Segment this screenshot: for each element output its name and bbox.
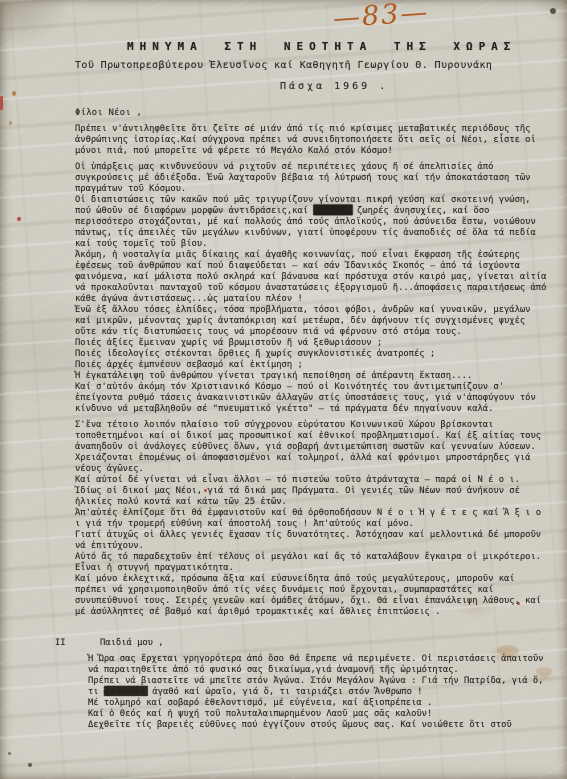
text-segment: Αὐτό ἄς τό παραδεχτοῦν ἐπί τέλους οἱ μεγ… bbox=[75, 552, 541, 573]
text-segment: Καί μόνο ἐκλεχτικά, πρόσωπα ἄξια καί εὐσ… bbox=[75, 574, 541, 617]
text-segment: Γιατί ἀτυχῶς οἱ ἄλλες γενιές ἔχασαν τίς … bbox=[75, 530, 541, 551]
text-segment: Καί σ'αὐτόν ἀκόμη τόν Χριστιανικό Κόσμο … bbox=[75, 382, 536, 414]
red-dot bbox=[17, 217, 21, 221]
ink-speck bbox=[550, 8, 556, 14]
paragraph: Ποιές ἀξίες ἔμειναν χωρίς νά βρωμιστοῦν … bbox=[75, 338, 551, 349]
paragraph: Οἱ διαπιστώσεις τῶν κακῶν πού μᾶς τριγυρ… bbox=[75, 195, 551, 250]
paragraph: Καί ὁ Θεός καί ἡ ψυχή τοῦ πολυταλαιπωρημ… bbox=[88, 709, 551, 720]
ink-speck bbox=[8, 752, 11, 755]
text-segment: Ποιές ἀξίες ἔμειναν χωρίς νά βρωμιστοῦν … bbox=[75, 338, 382, 348]
paragraph: Δεχθεῖτε τίς βαρειές εὐθῦνες πού ἐγγίζου… bbox=[88, 720, 551, 731]
paragraph: Ἡ ἐγκατάλειψη τοῦ ἀνθρώπου γίνεται τραγι… bbox=[75, 371, 551, 382]
text-segment: Χρειάζονται ἑπομένως οἱ ἀποφασισμένοι κα… bbox=[75, 453, 530, 474]
paragraph: Ποιές ἀρχές ἐμπνέουν σεβασμό καί ἐκτίμησ… bbox=[75, 360, 551, 371]
paragraph: Ἰδίως οἱ δικοί μας Νέοι, γιά τά δικά μας… bbox=[75, 486, 551, 508]
section-numeral: II bbox=[55, 638, 66, 649]
handwritten-page-number: —83— bbox=[332, 0, 430, 34]
paragraph: Οἱ ὑπάρξεις μας κινδυνεύουν νά ριχτοῦν σ… bbox=[75, 162, 551, 195]
date-line: Πάσχα 1969 . bbox=[280, 81, 551, 92]
text-segment: Ἀπ'αὐτές ἐλπίζομε ὅτι θά ἐμφανιστοῦν καί… bbox=[75, 508, 541, 529]
text-segment: Ποιές ἀρχές ἐμπνέουν σεβασμό καί ἐκτίμησ… bbox=[75, 360, 303, 370]
text-segment: Σ'ἕνα τέτοιο λοιπόν πλαίσιο τοῦ σύγχρονο… bbox=[75, 420, 541, 452]
text-segment: ἀγαθό καί ὡραῖο, γιά ὅ, τι ταιριάζει στό… bbox=[147, 687, 422, 697]
document-body: Φίλοι Νέοι ,Πρέπει ν'ἀντιληφθεῖτε ὅτι ζε… bbox=[75, 108, 551, 731]
red-edge-mark bbox=[0, 96, 3, 110]
paragraph: Πρέπει ν'ἀντιληφθεῖτε ὅτι ζεῖτε σέ μιάν … bbox=[75, 124, 551, 157]
paragraph: Αὐτό ἄς τό παραδεχτοῦν ἐπί τέλους οἱ μεγ… bbox=[75, 552, 551, 574]
text-segment: Ἡ Ὥρα σας ἔρχεται γρηγορότερα ἀπό ὅσο θά… bbox=[88, 654, 543, 675]
text-segment: Μέ τολμηρό καί σοβαρό ἐθελοντισμό, μέ εὐ… bbox=[88, 698, 432, 708]
text-segment: Δεχθεῖτε τίς βαρειές εὐθῦνες πού ἐγγίζου… bbox=[88, 720, 512, 730]
text-segment: Οἱ ὑπάρξεις μας κινδυνεύουν νά ριχτοῦν σ… bbox=[75, 162, 530, 194]
typewritten-sheet: ΜΗΝΥΜΑ ΣΤΗ ΝΕΟΤΗΤΑ ΤΗΣ ΧΩΡΑΣ Τοῦ Πρωτοπρ… bbox=[75, 40, 551, 731]
section-heading: IIΠαιδιά μου , bbox=[75, 638, 551, 649]
paragraph: Ἀπ'αὐτές ἐλπίζομε ὅτι θά ἐμφανιστοῦν καί… bbox=[75, 508, 551, 530]
rust-speck bbox=[9, 121, 12, 125]
text-segment: Ἡ ἐγκατάλειψη τοῦ ἀνθρώπου γίνεται τραγι… bbox=[75, 371, 472, 381]
text-segment: Ἐνῶ ἐξ ἄλλου τόσες ἐλπίδες, τόσα προβλήμ… bbox=[75, 305, 530, 337]
paragraph: Καί μόνο ἐκλεχτικά, πρόσωπα ἄξια καί εὐσ… bbox=[75, 574, 551, 618]
text-segment: Ποιές ἰδεολογίες στέκονται ὄρθιες ἤ χωρί… bbox=[75, 349, 435, 359]
paragraph: Ἐνῶ ἐξ ἄλλου τόσες ἐλπίδες, τόσα προβλήμ… bbox=[75, 305, 551, 338]
text-segment: Ἰδίως οἱ δικοί μας Νέοι, γιά τά δικά μας… bbox=[75, 486, 520, 507]
text-segment: Ἀκόμη, ἡ νοσταλγία μιᾶς δίκαιης καί ἀγαθ… bbox=[75, 250, 546, 304]
salutation: Φίλοι Νέοι , bbox=[75, 108, 551, 119]
struck-out-word: ▓▓▓▓▓▓▓▓▓ bbox=[104, 687, 147, 697]
paragraph: Καί σ'αὐτόν ἀκόμη τόν Χριστιανικό Κόσμο … bbox=[75, 382, 551, 415]
paragraph: Καί αὐτοί δέ γίνεται νά εἶναι ἄλλοι — τό… bbox=[75, 475, 551, 486]
document-title: ΜΗΝΥΜΑ ΣΤΗ ΝΕΟΤΗΤΑ ΤΗΣ ΧΩΡΑΣ bbox=[127, 40, 551, 53]
paragraph: Ποιές ἰδεολογίες στέκονται ὄρθιες ἤ χωρί… bbox=[75, 349, 551, 360]
text-segment: Παιδιά μου , bbox=[100, 638, 164, 648]
text-segment: Καί αὐτοί δέ γίνεται νά εἶναι ἄλλοι — τό… bbox=[75, 475, 520, 485]
author-byline: Τοῦ Πρωτοπρεσβύτερου Ἐλευσῖνος καί Καθηγ… bbox=[75, 60, 551, 71]
paragraph: Σ'ἕνα τέτοιο λοιπόν πλαίσιο τοῦ σύγχρονο… bbox=[75, 420, 551, 453]
text-segment: Καί ὁ Θεός καί ἡ ψυχή τοῦ πολυταλαιπωρημ… bbox=[88, 709, 432, 719]
text-segment: Πρέπει ν'ἀντιληφθεῖτε ὅτι ζεῖτε σέ μιάν … bbox=[75, 124, 536, 156]
text-segment: Φίλοι Νέοι , bbox=[75, 108, 142, 118]
rust-speck bbox=[12, 91, 16, 96]
document-page: { "page": { "handwritten_page_number": "… bbox=[0, 0, 567, 779]
paragraph: Μέ τολμηρό καί σοβαρό ἐθελοντισμό, μέ εὐ… bbox=[88, 698, 551, 709]
paragraph: Ἡ Ὥρα σας ἔρχεται γρηγορότερα ἀπό ὅσο θά… bbox=[88, 654, 551, 676]
ink-speck bbox=[28, 763, 32, 767]
struck-out-word: ████████ bbox=[313, 206, 351, 216]
paragraph: Ἀκόμη, ἡ νοσταλγία μιᾶς δίκαιης καί ἀγαθ… bbox=[75, 250, 551, 305]
paragraph: Χρειάζονται ἑπομένως οἱ ἀποφασισμένοι κα… bbox=[75, 453, 551, 475]
paragraph: Γιατί ἀτυχῶς οἱ ἄλλες γενιές ἔχασαν τίς … bbox=[75, 530, 551, 552]
paragraph: Πρέπει νά βιαστεῖτε νά μπεῖτε στόν Ἀγώνα… bbox=[88, 676, 551, 698]
